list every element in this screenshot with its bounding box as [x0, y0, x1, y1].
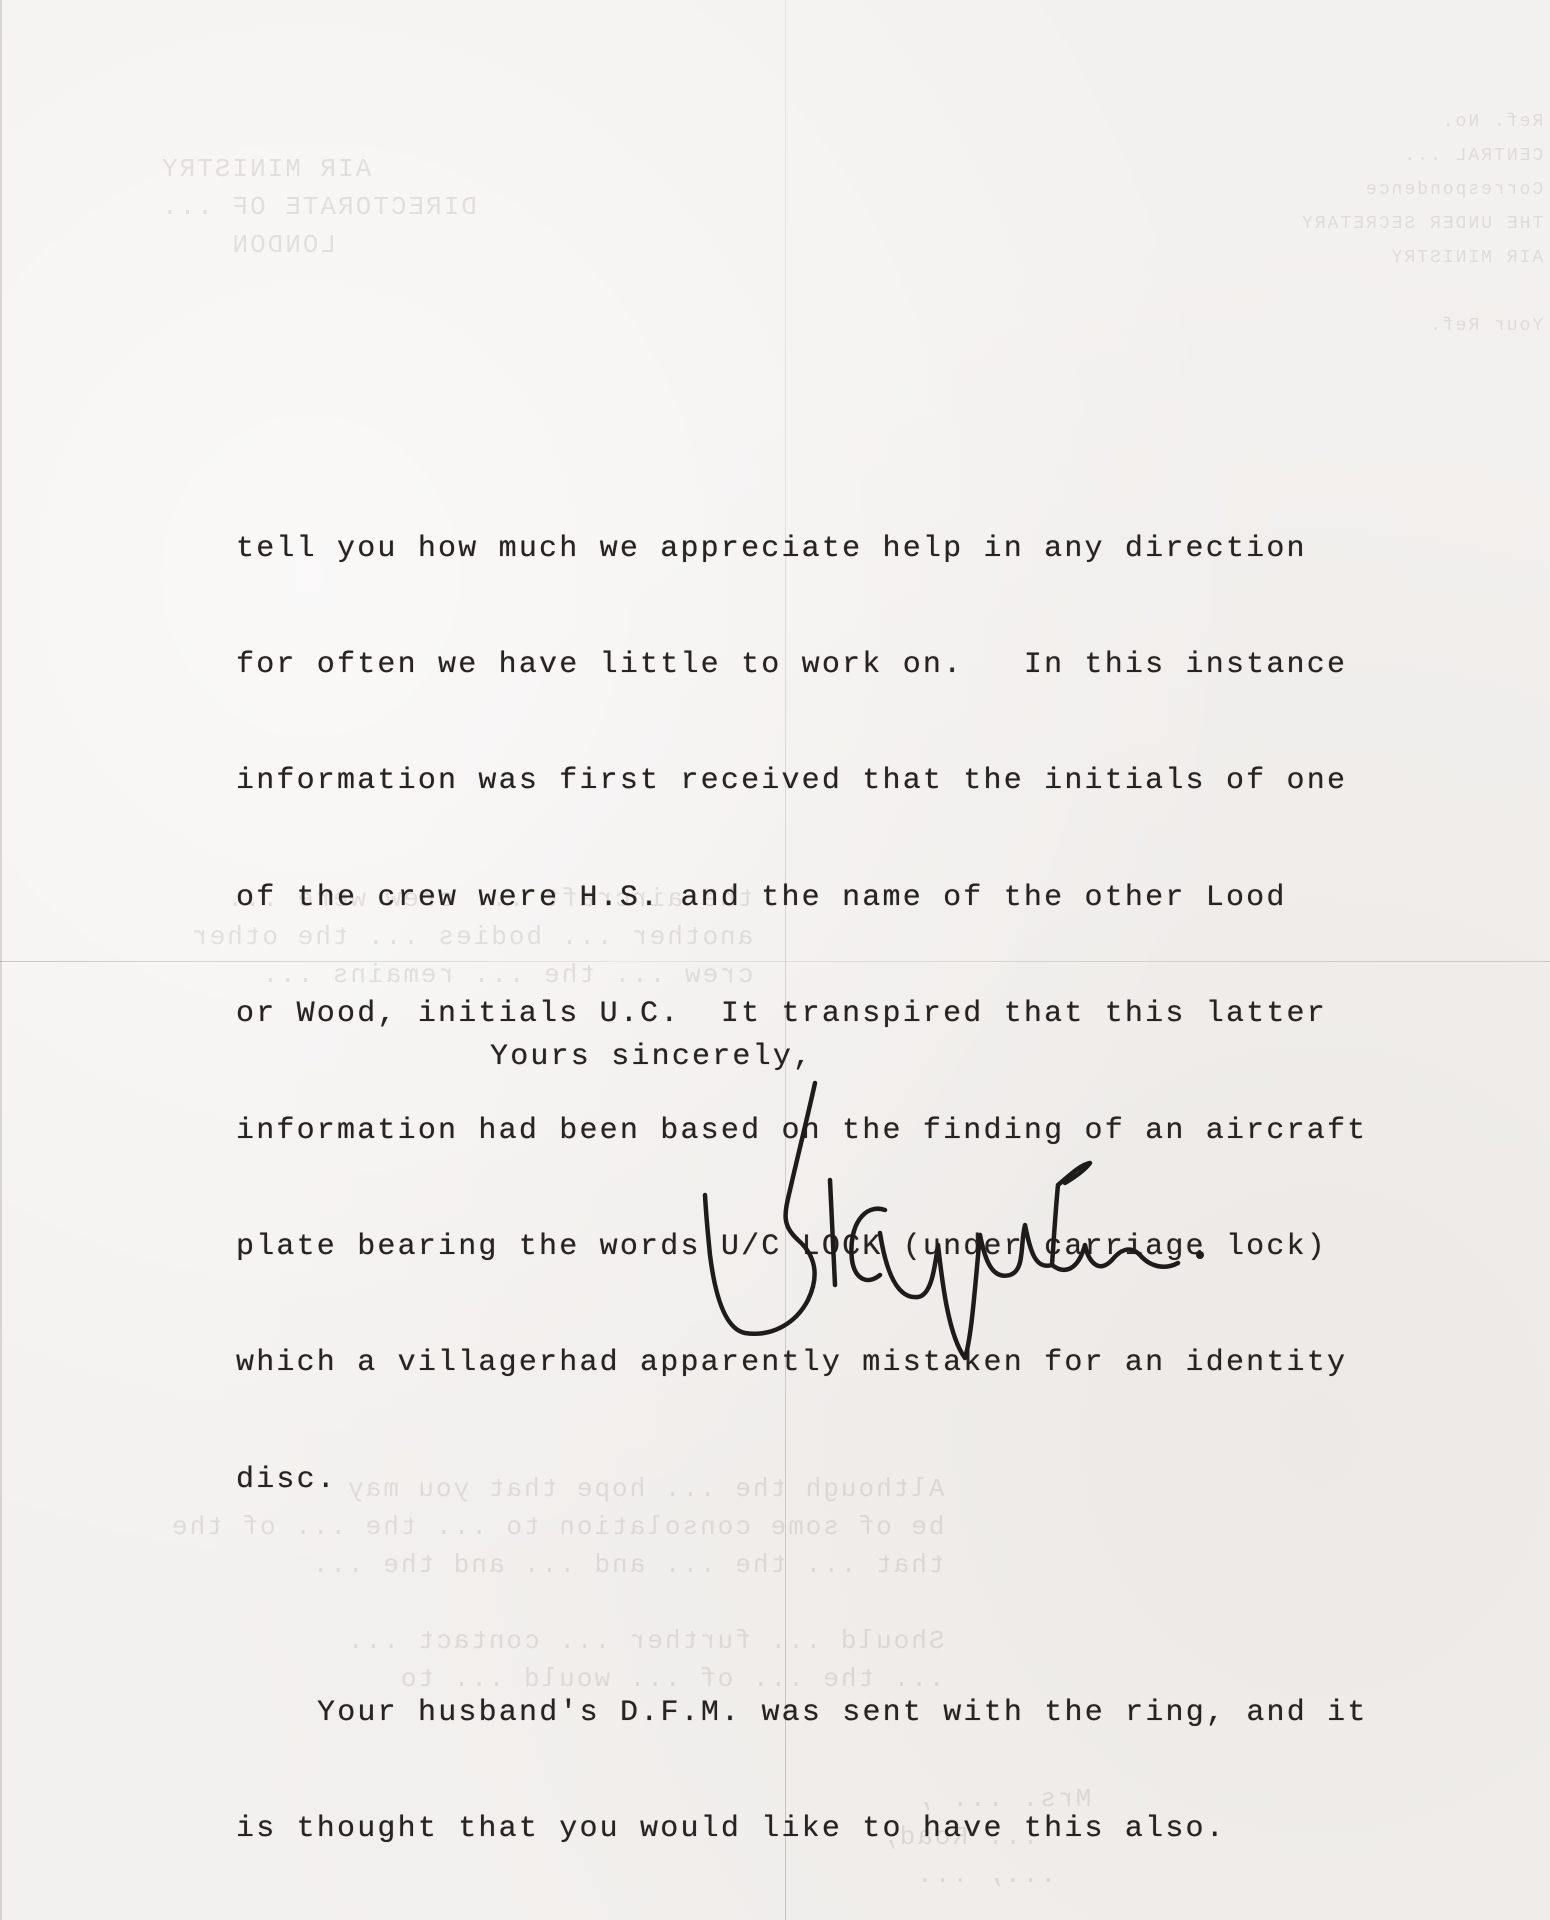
closing-salutation: Yours sincerely, — [490, 1040, 813, 1074]
body-line: Your husband's D.F.M. was sent with the … — [236, 1694, 1368, 1733]
bleed-through-header: Ref. No. CENTRAL ... Correspondence THE … — [1300, 105, 1543, 343]
paper-edge — [0, 0, 2, 1920]
body-line: disc. — [236, 1461, 1368, 1500]
body-line: or Wood, initials U.C. It transpired tha… — [236, 995, 1368, 1034]
handwritten-signature — [680, 1075, 1240, 1375]
body-line: for often we have little to work on. In … — [236, 646, 1368, 685]
bleed-through-address: AIR MINISTRY DIRECTORATE OF ... LONDON — [160, 150, 512, 264]
body-line: is thought that you would like to have t… — [236, 1810, 1368, 1849]
body-line: information was first received that the … — [236, 762, 1368, 801]
body-line: tell you how much we appreciate help in … — [236, 530, 1368, 569]
body-line: of the crew were H.S. and the name of th… — [236, 879, 1368, 918]
scanned-letter-page: Ref. No. CENTRAL ... Correspondence THE … — [0, 0, 1550, 1920]
paragraph-gap — [236, 1577, 1368, 1616]
